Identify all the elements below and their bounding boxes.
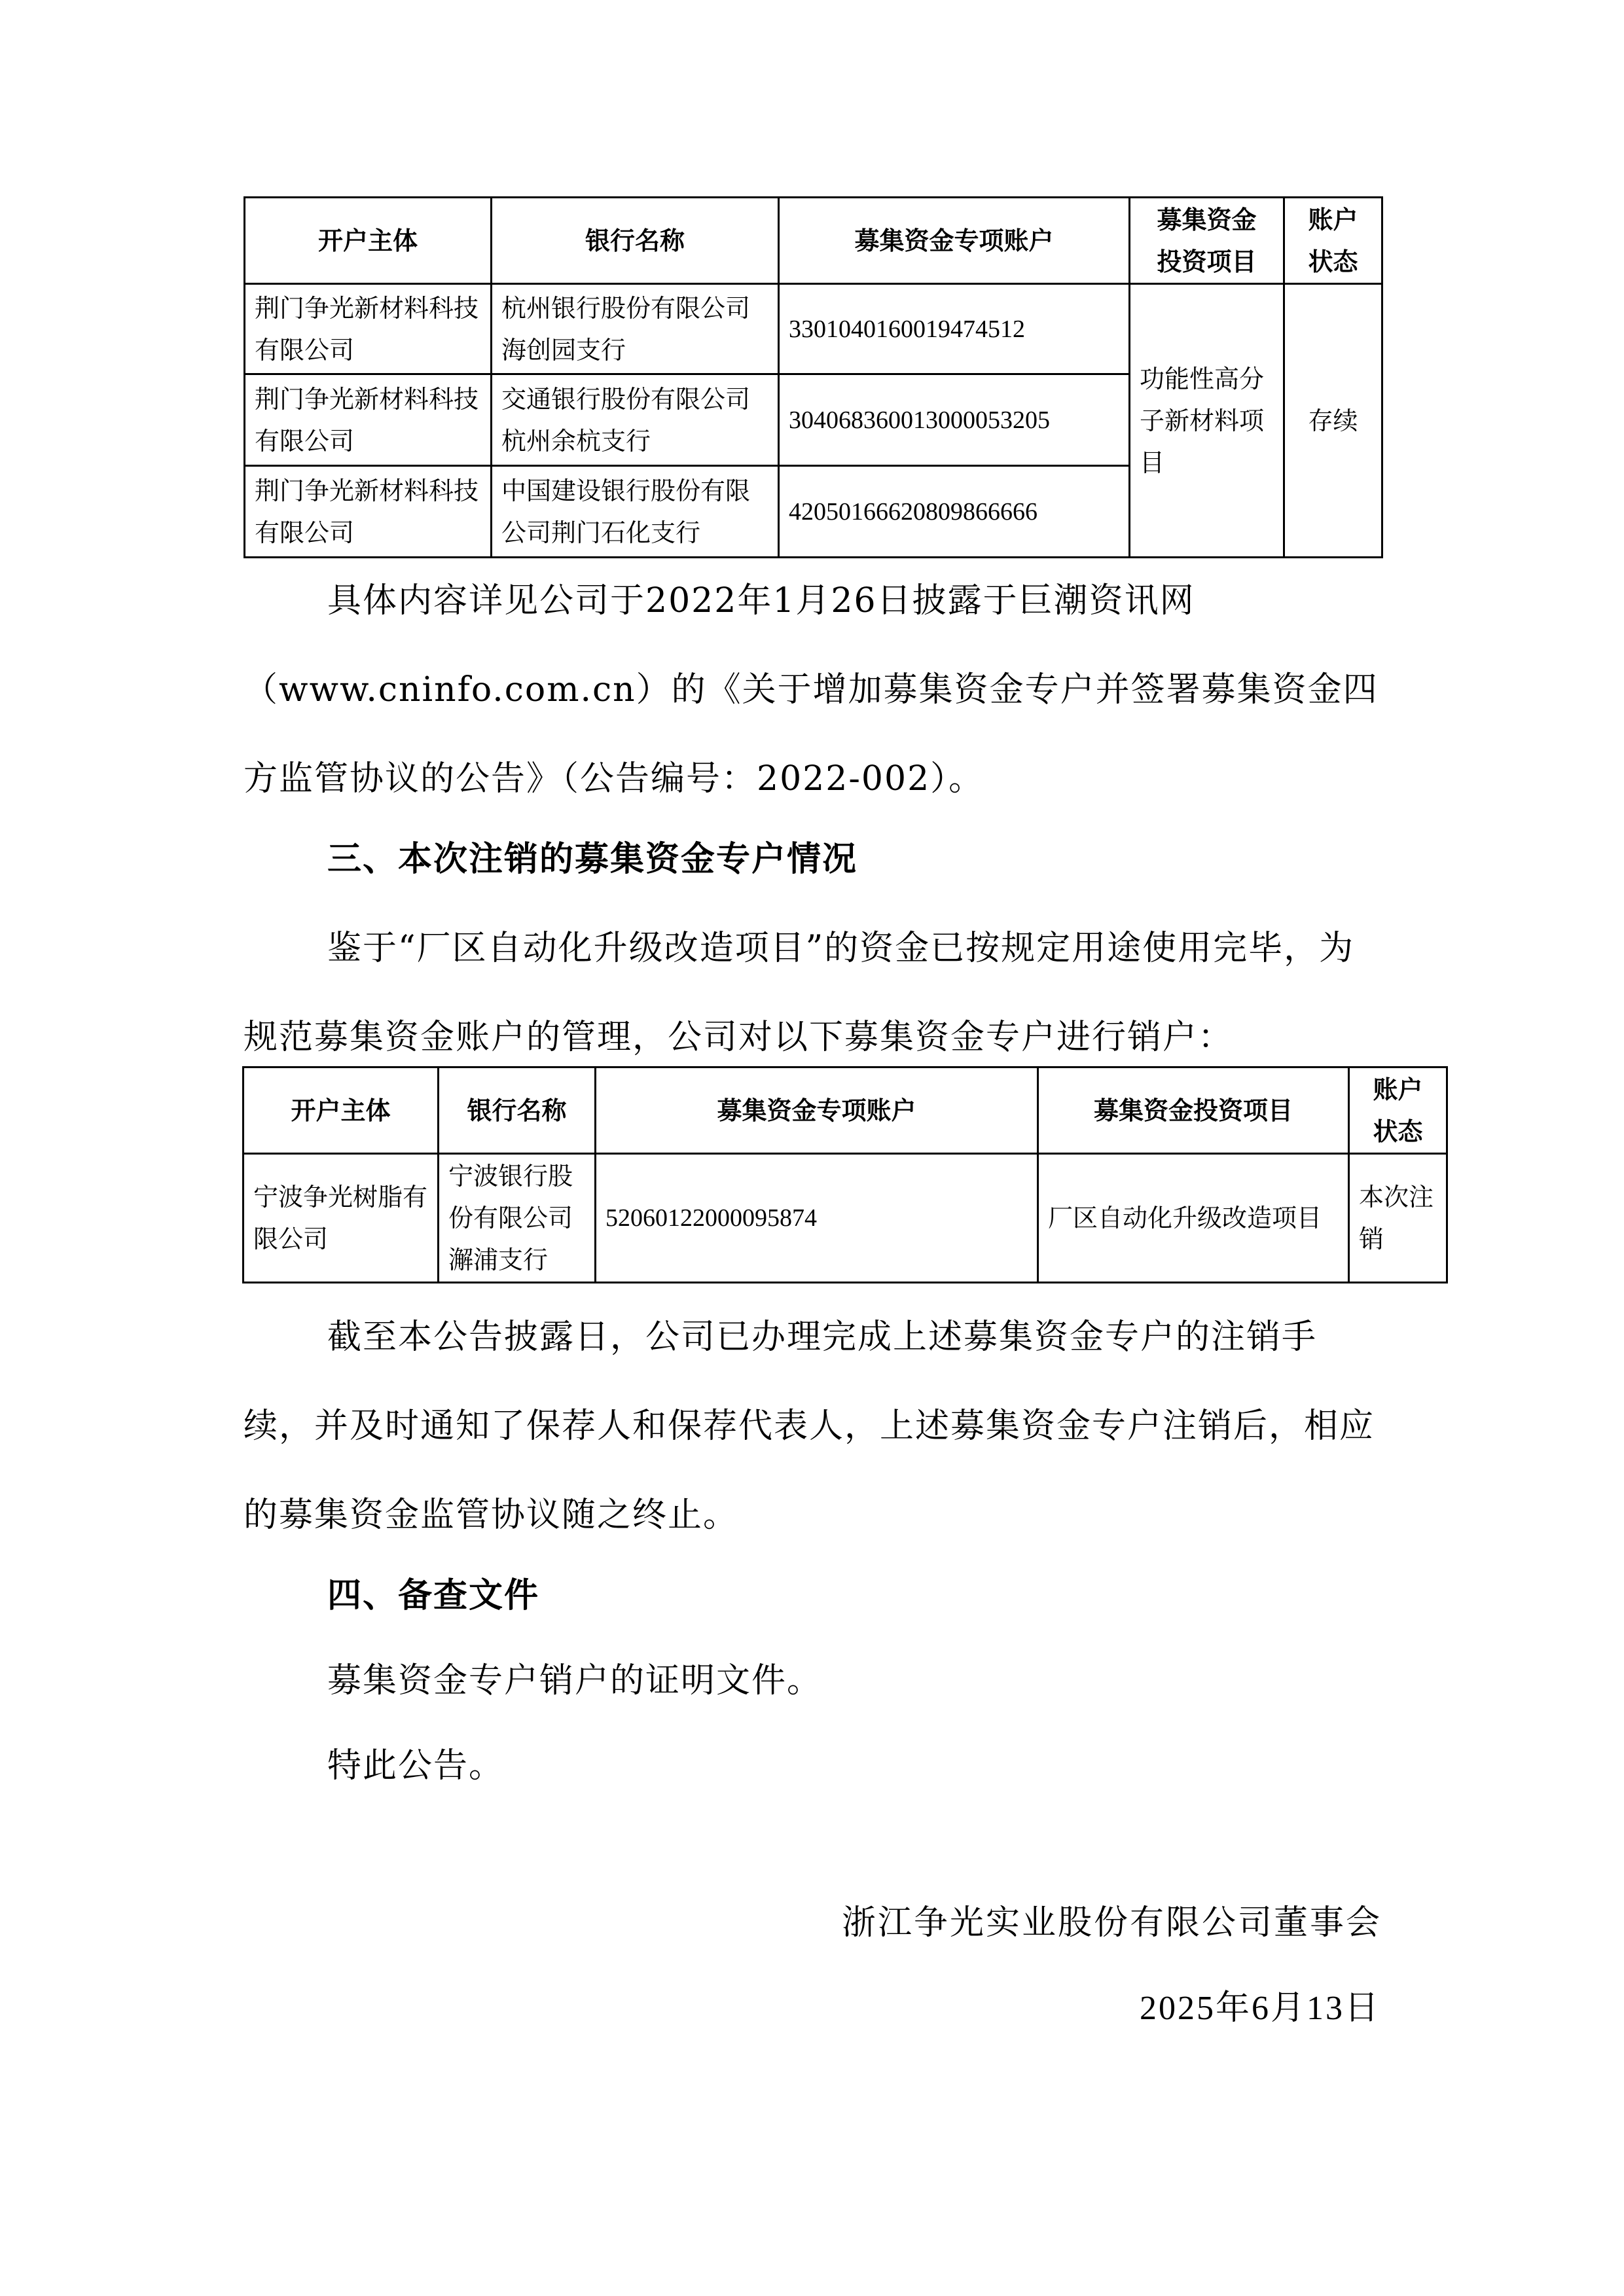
- cell-bank: 宁波银行股份有限公司澥浦支行: [439, 1154, 596, 1283]
- table-row: 荆门争光新材料科技有限公司 杭州银行股份有限公司海创园支行 3301040160…: [245, 284, 1382, 374]
- cell-entity: 宁波争光树脂有限公司: [244, 1154, 439, 1283]
- section-heading-3: 三、本次注销的募集资金专户情况: [244, 815, 1382, 904]
- header-status: 账户状态: [1349, 1067, 1447, 1154]
- header-account: 募集资金专项账户: [596, 1067, 1038, 1154]
- section-heading-4: 四、备查文件: [244, 1551, 1382, 1640]
- cell-account: 42050166620809866666: [779, 466, 1130, 558]
- header-entity: 开户主体: [244, 1067, 439, 1154]
- cell-account: 52060122000095874: [596, 1154, 1038, 1283]
- table-header-row: 开户主体 银行名称 募集资金专项账户 募集资金投资项目 账户状态: [245, 198, 1382, 284]
- cell-entity: 荆门争光新材料科技有限公司: [245, 374, 492, 466]
- cell-bank: 交通银行股份有限公司杭州余杭支行: [492, 374, 779, 466]
- header-status: 账户状态: [1284, 198, 1382, 284]
- cell-entity: 荆门争光新材料科技有限公司: [245, 466, 492, 558]
- table-row: 宁波争光树脂有限公司 宁波银行股份有限公司澥浦支行 52060122000095…: [244, 1154, 1447, 1283]
- cell-account: 3301040160019474512: [779, 284, 1130, 374]
- signature-company: 浙江争光实业股份有限公司董事会: [842, 1895, 1382, 1944]
- header-project: 募集资金投资项目: [1038, 1067, 1349, 1154]
- header-account: 募集资金专项账户: [779, 198, 1130, 284]
- section-4-body: 募集资金专户销户的证明文件。: [244, 1636, 1382, 1725]
- header-bank: 银行名称: [492, 198, 779, 284]
- cancellation-paragraph: 截至本公告披露日，公司已办理完成上述募集资金专户的注销手续，并及时通知了保荐人和…: [244, 1293, 1382, 1560]
- cell-bank: 杭州银行股份有限公司海创园支行: [492, 284, 779, 374]
- cancelled-accounts-table: 开户主体 银行名称 募集资金专项账户 募集资金投资项目 账户状态 宁波争光树脂有…: [242, 1066, 1448, 1283]
- cell-account: 304068360013000053205: [779, 374, 1130, 466]
- cell-entity: 荆门争光新材料科技有限公司: [245, 284, 492, 374]
- cell-project: 厂区自动化升级改造项目: [1038, 1154, 1349, 1283]
- table-header-row: 开户主体 银行名称 募集资金专项账户 募集资金投资项目 账户状态: [244, 1067, 1447, 1154]
- reference-paragraph: 具体内容详见公司于2022年1月26日披露于巨潮资讯网（www.cninfo.c…: [244, 556, 1382, 823]
- cell-bank: 中国建设银行股份有限公司荆门石化支行: [492, 466, 779, 558]
- closing-statement: 特此公告。: [244, 1721, 1382, 1810]
- header-project: 募集资金投资项目: [1130, 198, 1284, 284]
- cell-project: 功能性高分子新材料项目: [1130, 284, 1284, 558]
- existing-accounts-table: 开户主体 银行名称 募集资金专项账户 募集资金投资项目 账户状态 荆门争光新材料…: [244, 196, 1383, 558]
- header-bank: 银行名称: [439, 1067, 596, 1154]
- cell-status: 存续: [1284, 284, 1382, 558]
- header-entity: 开户主体: [245, 198, 492, 284]
- cell-status: 本次注销: [1349, 1154, 1447, 1283]
- section-3-body: 鉴于“厂区自动化升级改造项目”的资金已按规定用途使用完毕，为规范募集资金账户的管…: [244, 904, 1382, 1082]
- signature-date: 2025年6月13日: [1140, 1980, 1380, 2029]
